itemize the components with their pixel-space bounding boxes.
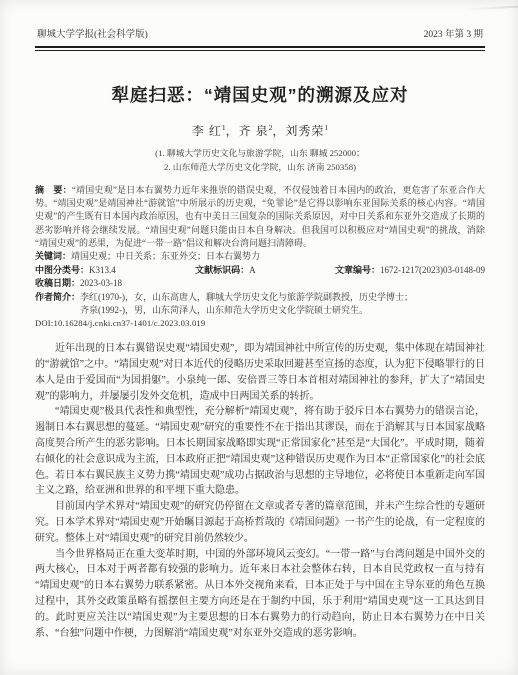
author-separator: ， — [226, 124, 239, 138]
author-affiliation-sup: 1 — [324, 123, 328, 132]
author-name: 齐 泉 — [239, 124, 269, 138]
page-header: 聊城大学学报(社会科学版) 2023 年第 3 期 — [35, 26, 485, 40]
article-no-item: 文章编号：1672-1217(2023)03-0148-09 — [335, 264, 485, 277]
author-name: 李 红 — [192, 124, 222, 138]
affiliations-block: (1. 聊城大学历史文化与旅游学院，山东 聊城 252000； 2. 山东师范大… — [35, 147, 485, 174]
abstract-paragraph: 摘 要：“靖国史观”是日本右翼势力近年来推崇的错误史观，不仅侵蚀着日本国内的政治… — [35, 184, 485, 250]
body-paragraph: 近年出现的日本右翼错误史观“靖国史观”，即为靖国神社中所宣传的历史观，集中体现在… — [35, 341, 485, 404]
author-1: 李 红1 — [192, 124, 226, 138]
body-paragraph: 当今世界格局正在重大变革时期，中国的外部环境风云变幻。“一带一路”与台湾问题是中… — [35, 547, 485, 642]
body-paragraph: “靖国史观”极具代表性和典型性，充分解析“靖国史观”，将有助于驳斥日本右翼势力的… — [35, 404, 485, 499]
abstract-label: 摘 要： — [35, 185, 72, 195]
keywords-text: 靖国史观；中日关系；东亚外交；日本右翼势力 — [71, 251, 260, 261]
journal-page: 聊城大学学报(社会科学版) 2023 年第 3 期 犁庭扫恶：“靖国史观”的溯源… — [0, 0, 518, 675]
classification-row: 中图分类号：K313.4 文献标识码：A 文章编号：1672-1217(2023… — [35, 264, 485, 277]
author-bio-line: 齐泉(1992-)，男，山东菏泽人，山东师范大学历史文化学院硕士研究生。 — [80, 304, 485, 317]
article-no-value: 1672-1217(2023)03-0148-09 — [380, 265, 485, 275]
front-matter: 摘 要：“靖国史观”是日本右翼势力近年来推崇的错误史观，不仅侵蚀着日本国内的政治… — [35, 184, 485, 330]
doc-code-label: 文献标识码： — [195, 265, 249, 275]
received-date-label: 收稿日期： — [35, 278, 80, 288]
abstract-text: “靖国史观”是日本右翼势力近年来推崇的错误史观，不仅侵蚀着日本国内的政治，更危害… — [35, 185, 485, 248]
article-no-label: 文章编号： — [335, 265, 380, 275]
author-bio-label: 作者简介： — [35, 291, 80, 317]
scan-corner-artifact — [466, 6, 518, 11]
header-rule — [35, 46, 485, 51]
author-separator: ， — [272, 124, 285, 138]
article-body: 近年出现的日本右翼错误史观“靖国史观”，即为靖国神社中所宣传的历史观，集中体现在… — [35, 341, 485, 641]
journal-name: 聊城大学学报(社会科学版) — [37, 26, 148, 40]
keywords-label: 关键词： — [35, 251, 71, 261]
doc-code-item: 文献标识码：A — [195, 264, 256, 277]
issue-number: 2023 年第 3 期 — [424, 26, 483, 40]
received-date-line: 收稿日期：2023-03-18 — [35, 277, 485, 290]
keywords-line: 关键词：靖国史观；中日关系；东亚外交；日本右翼势力 — [35, 250, 485, 263]
article-title: 犁庭扫恶：“靖国史观”的溯源及应对 — [35, 82, 485, 107]
clc-label: 中图分类号： — [35, 265, 89, 275]
affiliation-line: (1. 聊城大学历史文化与旅游学院，山东 聊城 252000； — [35, 147, 485, 161]
author-bio-line: 李红(1970-)，女，山东高唐人，聊城大学历史文化与旅游学院副教授，历史学博士… — [80, 291, 485, 304]
clc-item: 中图分类号：K313.4 — [35, 264, 116, 277]
author-bio-block: 作者简介： 李红(1970-)，女，山东高唐人，聊城大学历史文化与旅游学院副教授… — [35, 291, 485, 317]
author-name: 刘秀荣 — [285, 124, 324, 138]
doc-code-value: A — [249, 265, 256, 275]
received-date-value: 2023-03-18 — [80, 278, 122, 288]
affiliation-line: 2. 山东师范大学历史文化学院，山东 济南 250358) — [35, 161, 485, 175]
body-paragraph: 目前国内学术界对“靖国史观”的研究仍停留在文章或者专著的篇章范围，并未产生综合性… — [35, 499, 485, 546]
clc-value: K313.4 — [89, 265, 116, 275]
author-3: 刘秀荣1 — [285, 124, 328, 138]
authors-line: 李 红1，齐 泉2，刘秀荣1 — [35, 122, 485, 139]
author-bio-lines: 李红(1970-)，女，山东高唐人，聊城大学历史文化与旅游学院副教授，历史学博士… — [80, 291, 485, 317]
author-2: 齐 泉2 — [239, 124, 273, 138]
doi-line: DOI:10.16284/j.cnki.cn37-1401/c.2023.03.… — [35, 317, 485, 330]
